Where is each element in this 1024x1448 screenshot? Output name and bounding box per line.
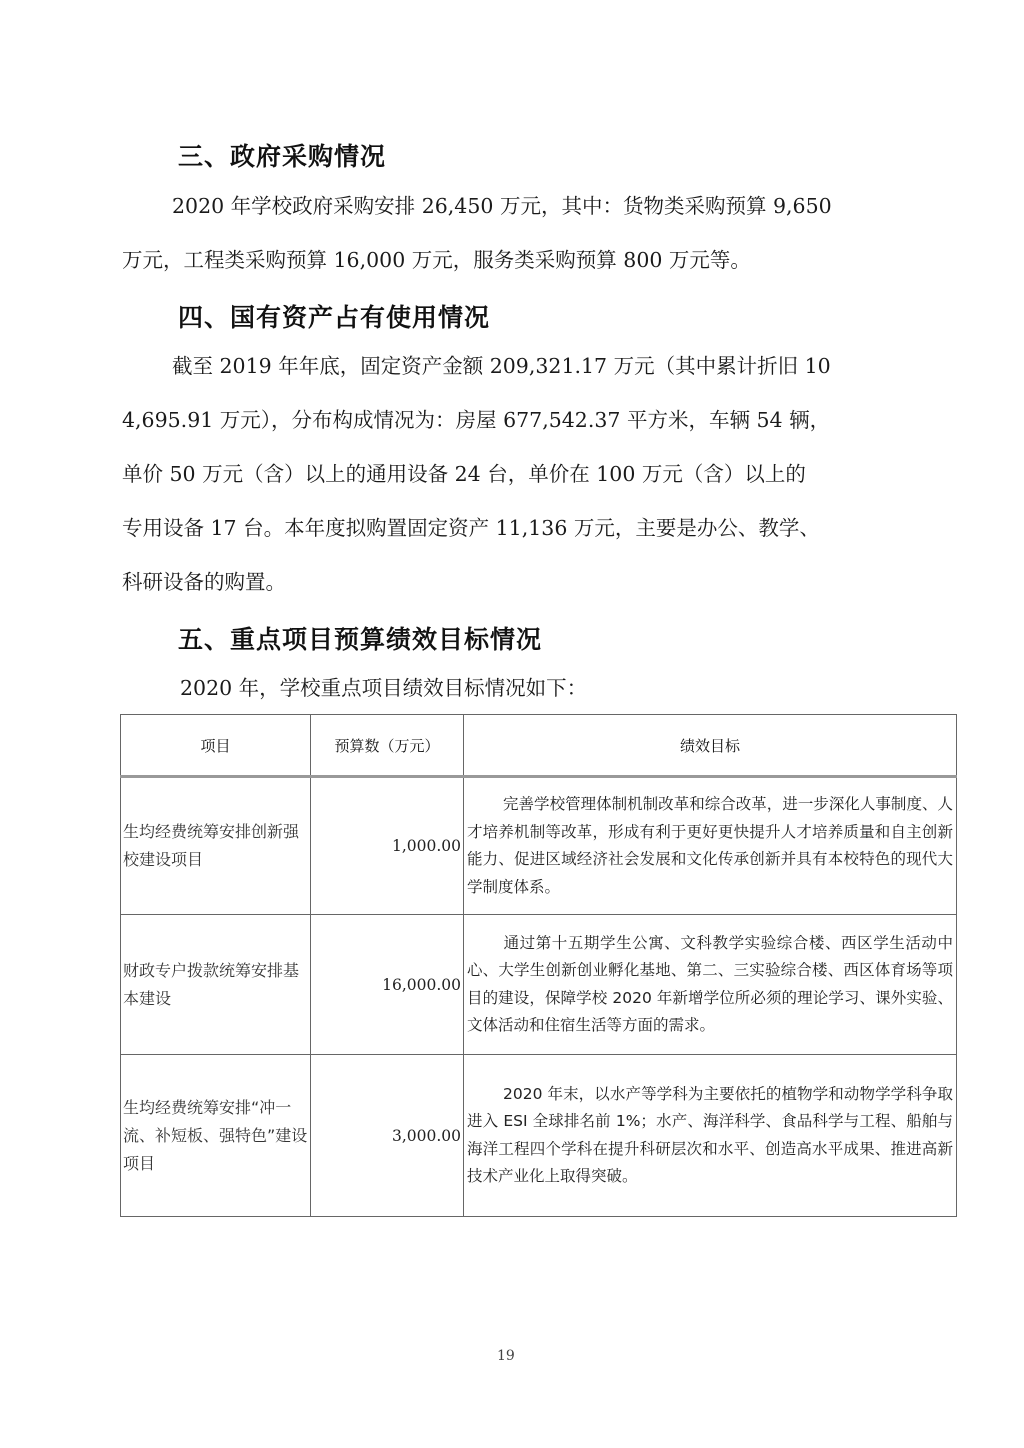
header-goal: 绩效目标 — [464, 715, 957, 777]
header-project: 项目 — [121, 715, 311, 777]
section-4-line-4: 专用设备 17 台。本年度拟购置固定资产 11,136 万元，主要是办公、教学、 — [122, 518, 820, 538]
header-budget: 预算数（万元） — [311, 715, 464, 777]
section-4-line-3: 单价 50 万元（含）以上的通用设备 24 台，单价在 100 万元（含）以上的 — [122, 464, 806, 484]
budget-amount: 16,000.00 — [311, 915, 464, 1055]
performance-goal: 通过第十五期学生公寓、文科教学实验综合楼、西区学生活动中心、大学生创新创业孵化基… — [464, 915, 957, 1055]
table-row: 财政专户拨款统筹安排基本建设 16,000.00 通过第十五期学生公寓、文科教学… — [121, 915, 957, 1055]
section-5-intro: 2020 年，学校重点项目绩效目标情况如下： — [180, 678, 587, 698]
section-5-heading: 五、重点项目预算绩效目标情况 — [178, 620, 542, 656]
section-4-line-2: 4,695.91 万元），分布构成情况为：房屋 677,542.37 平方米，车… — [122, 410, 830, 430]
budget-amount: 1,000.00 — [311, 777, 464, 915]
section-4-heading: 四、国有资产占有使用情况 — [178, 298, 490, 334]
performance-goal: 完善学校管理体制机制改革和综合改革，进一步深化人事制度、人才培养机制等改革，形成… — [464, 777, 957, 915]
table-row: 生均经费统筹安排创新强校建设项目 1,000.00 完善学校管理体制机制改革和综… — [121, 777, 957, 915]
section-4-line-5: 科研设备的购置。 — [122, 572, 286, 592]
section-3-line-2: 万元，工程类采购预算 16,000 万元，服务类采购预算 800 万元等。 — [122, 250, 751, 270]
page-number: 19 — [497, 1348, 515, 1364]
section-3-line-1: 2020 年学校政府采购安排 26,450 万元，其中：货物类采购预算 9,65… — [172, 196, 832, 216]
project-name: 生均经费统筹安排“冲一流、补短板、强特色”建设项目 — [121, 1055, 311, 1217]
performance-goal: 2020 年末，以水产等学科为主要依托的植物学和动物学学科争取进入 ESI 全球… — [464, 1055, 957, 1217]
project-name: 财政专户拨款统筹安排基本建设 — [121, 915, 311, 1055]
section-3-heading: 三、政府采购情况 — [178, 137, 386, 173]
project-name: 生均经费统筹安排创新强校建设项目 — [121, 777, 311, 915]
section-4-line-1: 截至 2019 年年底，固定资产金额 209,321.17 万元（其中累计折旧 … — [172, 356, 831, 376]
table-header-row: 项目 预算数（万元） 绩效目标 — [121, 715, 957, 777]
table-row: 生均经费统筹安排“冲一流、补短板、强特色”建设项目 3,000.00 2020 … — [121, 1055, 957, 1217]
performance-goals-table: 项目 预算数（万元） 绩效目标 生均经费统筹安排创新强校建设项目 1,000.0… — [120, 714, 957, 1217]
budget-amount: 3,000.00 — [311, 1055, 464, 1217]
